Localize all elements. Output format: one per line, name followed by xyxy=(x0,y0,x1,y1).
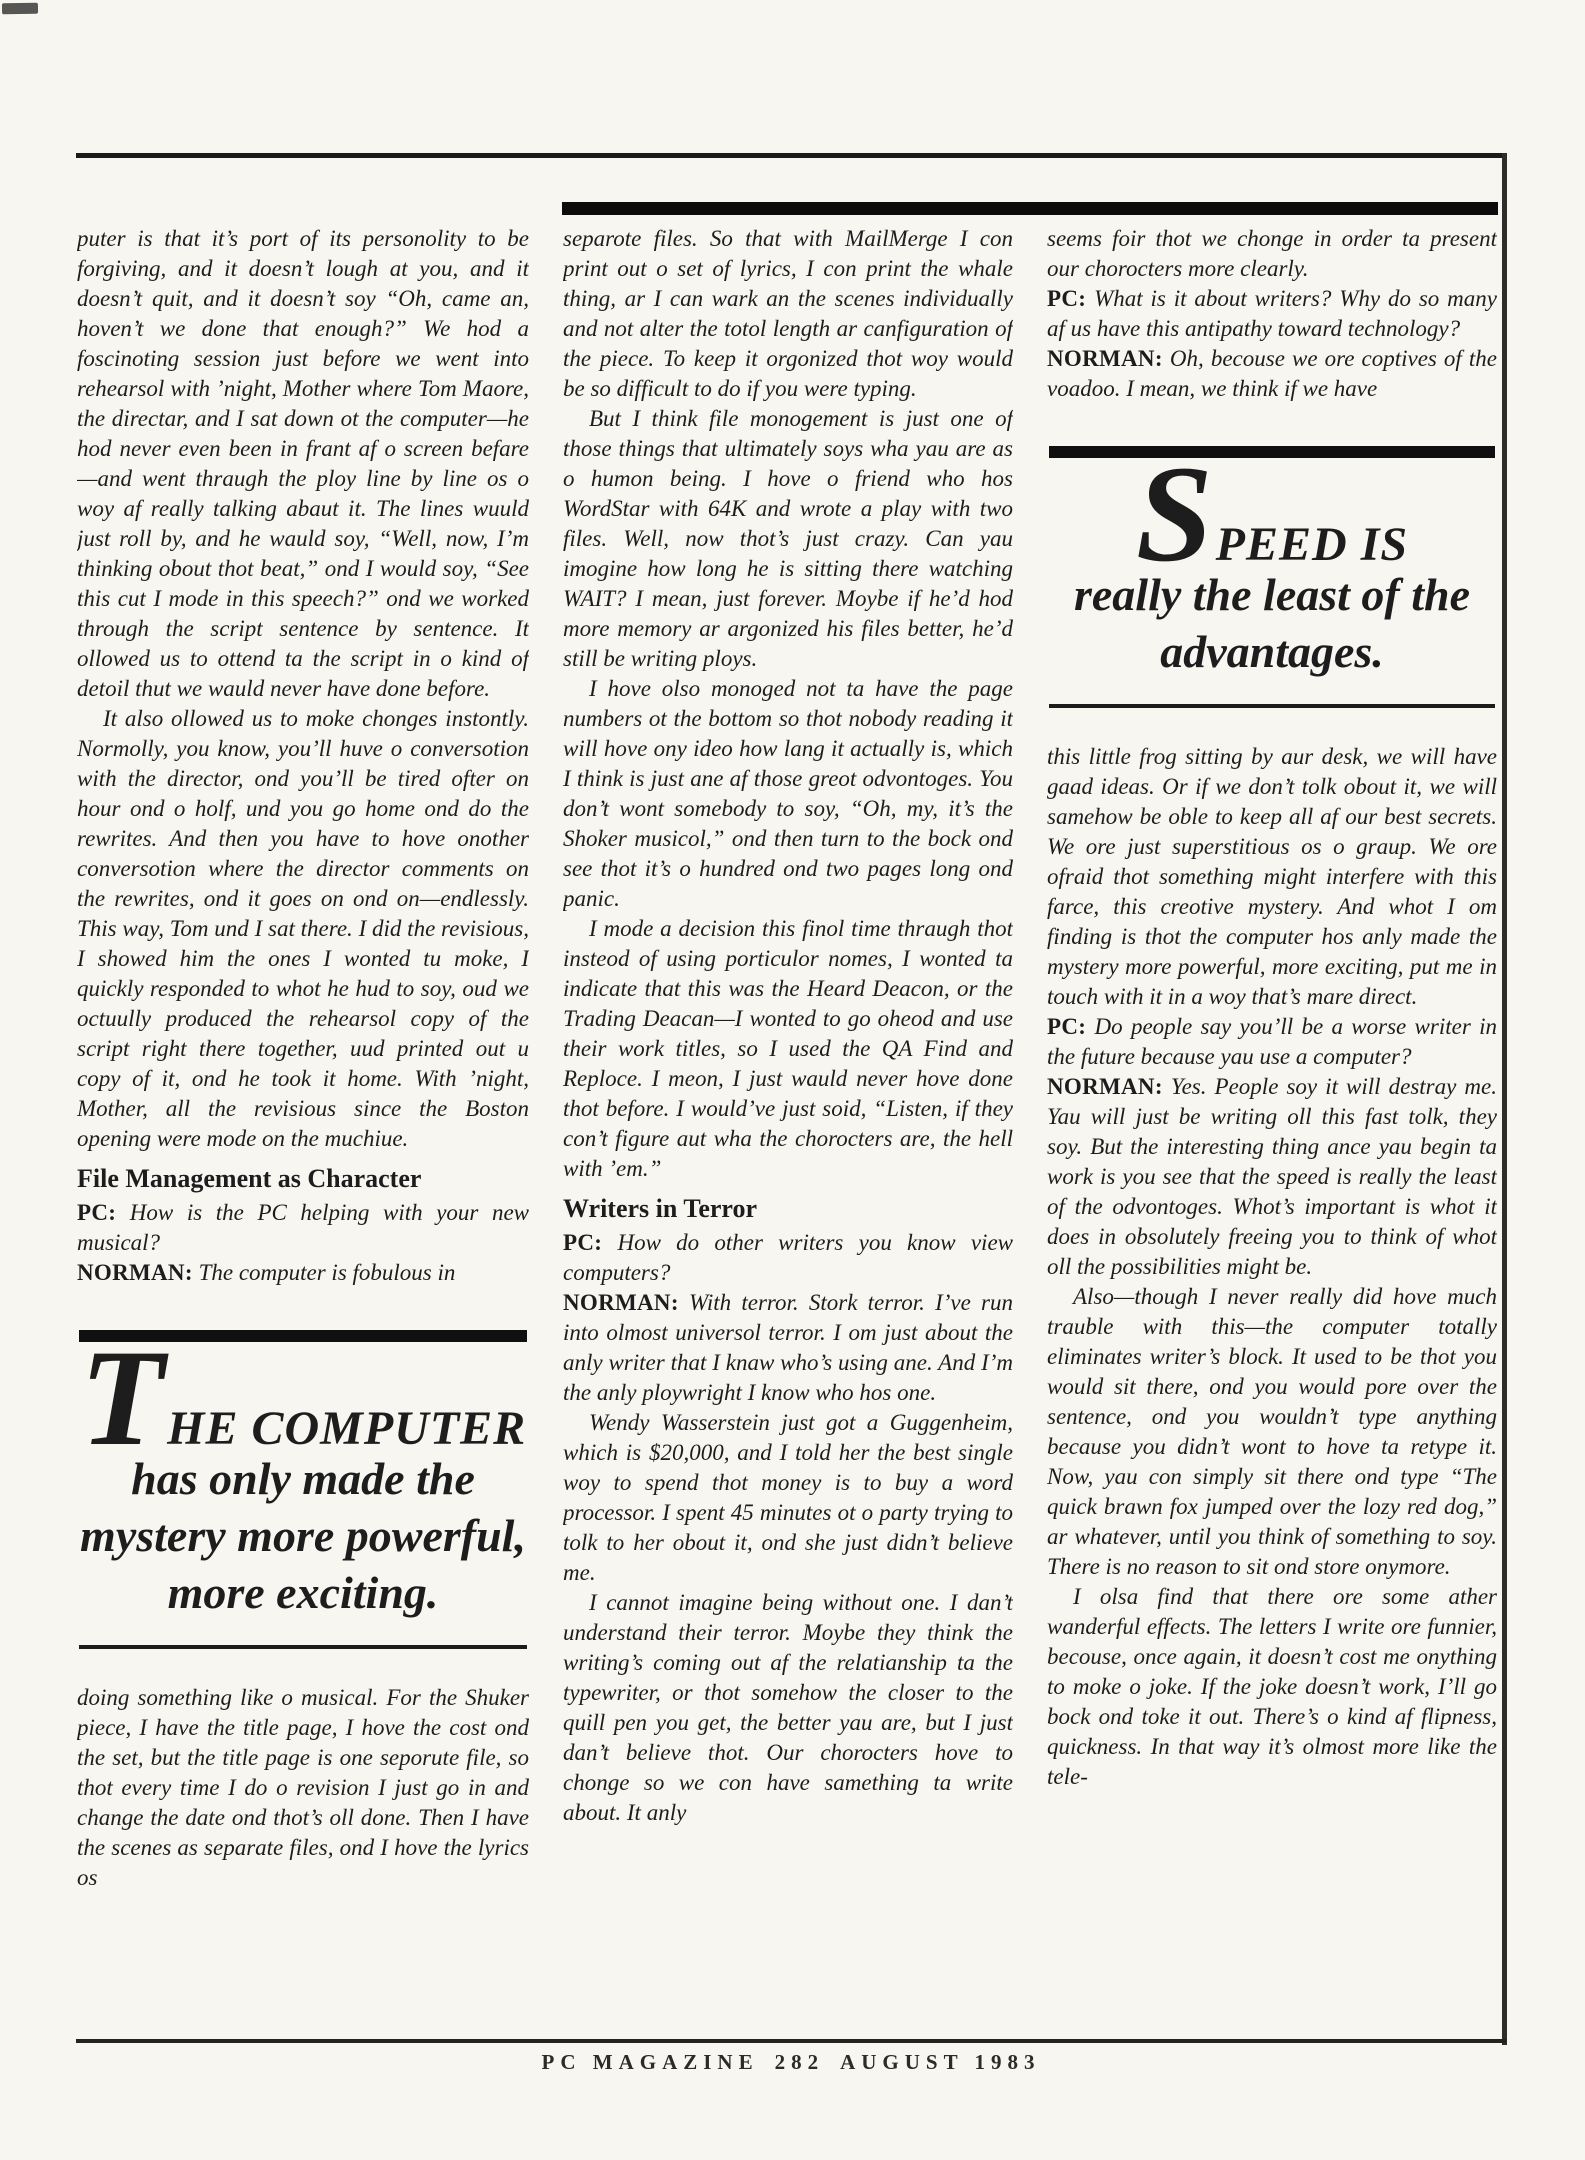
body-paragraph: separote files. So that with MailMerge I… xyxy=(563,224,1013,404)
issue-date: AUGUST 1983 xyxy=(840,2050,1040,2074)
qa-paragraph: NORMAN: Oh, becouse we ore coptives of t… xyxy=(1047,344,1497,404)
top-rule xyxy=(76,153,1505,158)
speaker-label: NORMAN: xyxy=(1047,1074,1163,1099)
article-column-2: separote files. So that with MailMerge I… xyxy=(563,224,1013,2036)
pull-quote-text: HE COMPUTER xyxy=(167,1414,526,1444)
speaker-label: PC: xyxy=(563,1230,602,1255)
pull-quote-first-line: SPEED IS xyxy=(1049,462,1495,566)
pull-quote-line: has only made the xyxy=(79,1450,527,1507)
pull-quote-speed: SPEED ISreally the least of theadvantage… xyxy=(1049,446,1495,708)
pull-quote-line: more exciting. xyxy=(79,1564,527,1621)
magazine-page: puter is that it’s port of its personoli… xyxy=(0,0,1585,2160)
body-paragraph: I hove olso monoged not ta have the page… xyxy=(563,674,1013,914)
article-column-3: seems foir thot we chonge in order ta pr… xyxy=(1047,224,1497,2036)
pull-quote-line: advantages. xyxy=(1049,623,1495,680)
page-number: 282 xyxy=(775,2050,825,2074)
pull-quote-line: really the least of the xyxy=(1049,566,1495,623)
body-paragraph: Wendy Wasserstein just got a Guggenheim,… xyxy=(563,1408,1013,1588)
footer-rule xyxy=(76,2039,1506,2043)
body-paragraph: puter is that it’s port of its personoli… xyxy=(77,224,529,704)
qa-paragraph: PC: What is it about writers? Why do so … xyxy=(1047,284,1497,344)
body-paragraph: It also ollowed us to moke chonges insto… xyxy=(77,704,529,1154)
speaker-label: NORMAN: xyxy=(1047,346,1163,371)
body-paragraph: this little frog sitting by aur desk, we… xyxy=(1047,742,1497,1012)
speaker-label: PC: xyxy=(1047,1014,1086,1039)
qa-paragraph: NORMAN: Yes. People soy it will destray … xyxy=(1047,1072,1497,1282)
body-paragraph: doing something like o musical. For the … xyxy=(77,1683,529,1893)
body-paragraph: But I think file monogement is just one … xyxy=(563,404,1013,674)
magazine-name: PC MAGAZINE xyxy=(542,2050,759,2074)
drop-cap: S xyxy=(1136,462,1213,566)
qa-paragraph: PC: Do people say you’ll be a worse writ… xyxy=(1047,1012,1497,1072)
pull-quote-first-line: THE COMPUTER xyxy=(79,1346,527,1450)
qa-paragraph: PC: How is the PC helping with your new … xyxy=(77,1198,529,1258)
qa-paragraph: NORMAN: With terror. Stork terror. I’ve … xyxy=(563,1288,1013,1408)
section-heading: File Management as Character xyxy=(77,1163,529,1195)
section-heading: Writers in Terror xyxy=(563,1193,1013,1225)
qa-paragraph: PC: How do other writers you know view c… xyxy=(563,1228,1013,1288)
scan-artifact xyxy=(2,3,38,15)
speaker-label: PC: xyxy=(77,1200,116,1225)
body-paragraph: I cannot imagine being without one. I da… xyxy=(563,1588,1013,1828)
thick-header-bar xyxy=(562,202,1498,215)
body-paragraph: I mode a decision this finol time thraug… xyxy=(563,914,1013,1184)
body-paragraph: Also—though I never really did hove much… xyxy=(1047,1282,1497,1582)
article-column-1: puter is that it’s port of its personoli… xyxy=(77,224,529,2036)
page-edge-line xyxy=(1502,153,1507,2045)
speaker-label: NORMAN: xyxy=(77,1260,193,1285)
qa-paragraph: NORMAN: The computer is fobulous in xyxy=(77,1258,529,1288)
page-footer: PC MAGAZINE282AUGUST 1983 xyxy=(76,2050,1506,2075)
pull-quote-text: PEED IS xyxy=(1216,530,1408,560)
pull-quote-line: mystery more powerful, xyxy=(79,1507,527,1564)
body-paragraph: I olsa find that there ore some ather wa… xyxy=(1047,1582,1497,1792)
pull-quote-computer: THE COMPUTERhas only made themystery mor… xyxy=(79,1330,527,1649)
drop-cap: T xyxy=(80,1346,164,1450)
body-paragraph: seems foir thot we chonge in order ta pr… xyxy=(1047,224,1497,284)
speaker-label: NORMAN: xyxy=(563,1290,679,1315)
speaker-label: PC: xyxy=(1047,286,1086,311)
